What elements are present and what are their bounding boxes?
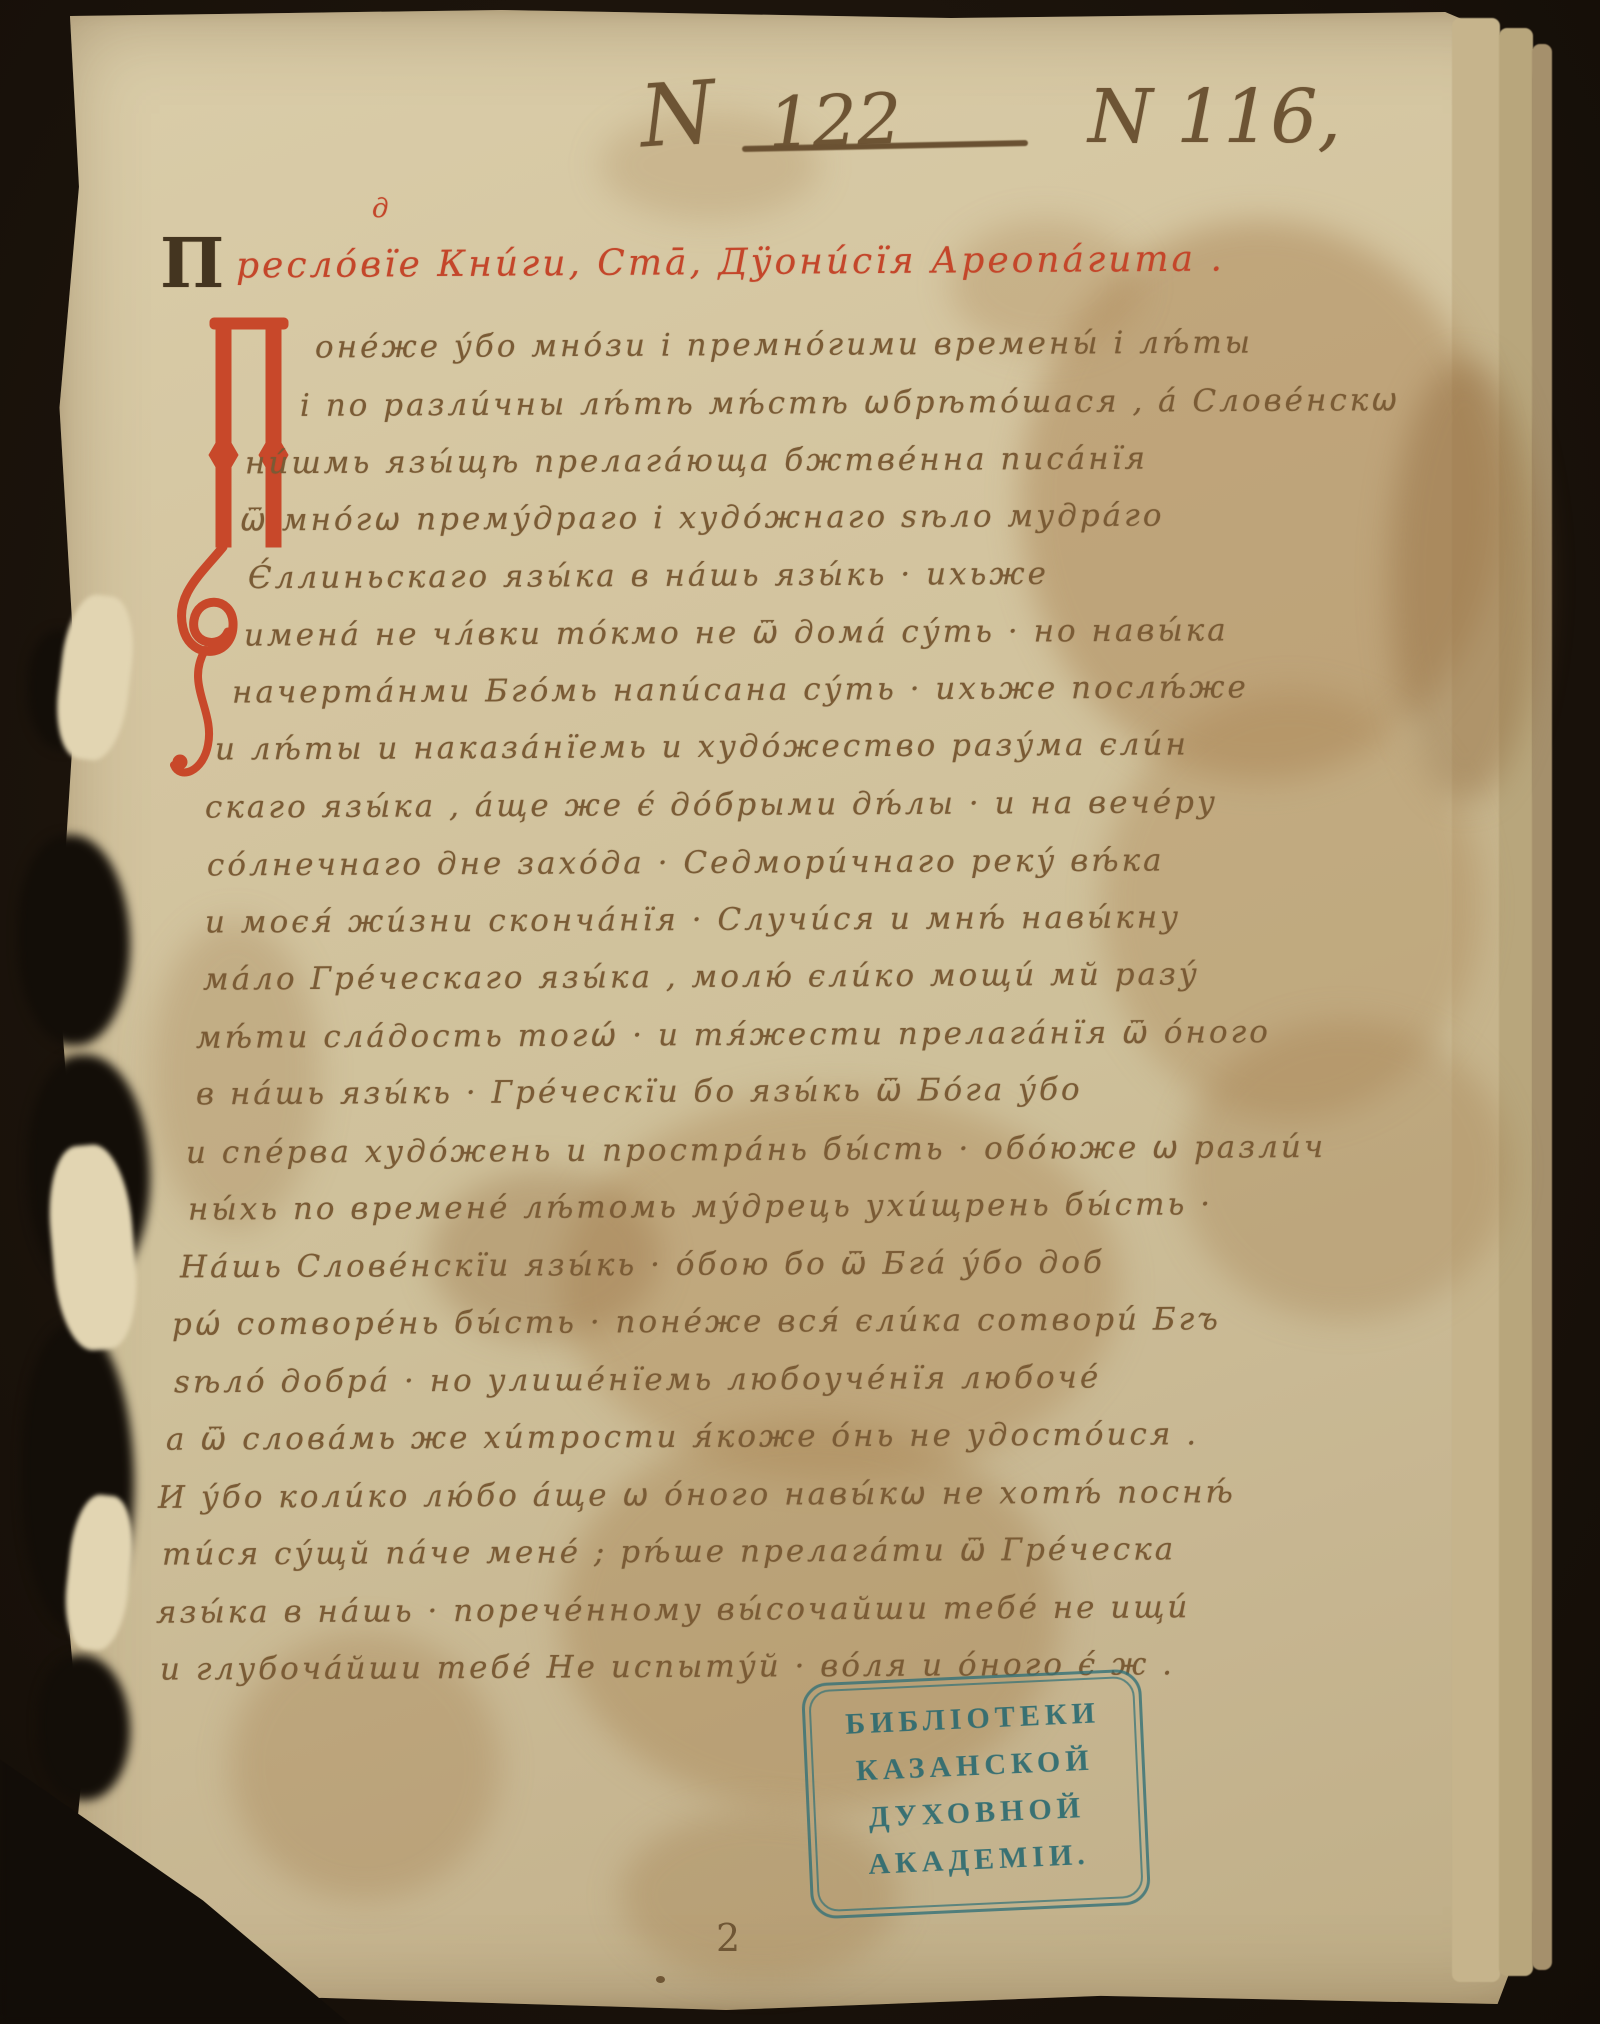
text-line: и спе́рва худо́жень и простра́нь бы́сть … xyxy=(186,1129,1326,1171)
spine-tear xyxy=(38,1655,130,1800)
heading-rubric: ресло́вїе Кни́ги, Ста̄, Дӱони́сїя Ареопа… xyxy=(236,239,1225,287)
text-line: На́шь Слове́нскїи язы́кь · о́бою бо ѿ Бг… xyxy=(180,1245,1105,1286)
text-line: ма́ло Гре́ческаго язы́ка , молю́ єли́ко … xyxy=(203,956,1200,997)
text-line: со́лнечнаго дне захо́да · Седмори́чнаго … xyxy=(207,842,1165,883)
text-line: ѿ мно́гѡ прему́драго і худо́жнаго ѕѣло м… xyxy=(240,498,1165,539)
text-line: начерта́нми Бго́мь напи́сана су́ть · ихь… xyxy=(232,669,1249,710)
heading-superscript: д xyxy=(372,194,388,224)
folio-number: 2 xyxy=(716,1916,740,1960)
text-line: в на́шь язы́кь · Гре́ческїи бо язы́кь ѿ … xyxy=(196,1072,1083,1113)
text-line: язы́ка в на́шь · порече́нному вы́сочайши… xyxy=(156,1589,1190,1630)
ink-speck xyxy=(656,1976,665,1983)
text-line: И у́бо коли́ко лю́бо а́ще ѡ о́ного навы́… xyxy=(158,1474,1236,1516)
page-edge xyxy=(1532,44,1552,1970)
text-line: ни́шмь язы́щѣ прелага́юща бжтве́нна писа… xyxy=(245,441,1148,482)
library-stamp: БИБЛІОТЕКИ КАЗАНСКОЙ ДУХОВНОЙ АКАДЕМІИ. xyxy=(801,1668,1151,1919)
text-line: ны́хь по времене́ лѣ́томь му́дрець ухи́щ… xyxy=(188,1186,1213,1227)
shelf-number-old-letter: N xyxy=(637,69,718,160)
text-line: имена́ не чл́вки то́кмо не ѿ дома́ су́ть… xyxy=(244,612,1229,653)
scanned-manuscript: N 122 N 116, П д ресло́вїе Кни́ги, Ста̄,… xyxy=(0,0,1600,2024)
text-line: а ѿ слова́мь же хи́трости я́коже о́нь не… xyxy=(166,1416,1199,1457)
text-line: Є́ллиньскаго язы́ка в на́шь язы́кь · ихь… xyxy=(248,556,1049,596)
text-line: оне́же у́бо мно́зи і премно́гими времены… xyxy=(315,325,1253,366)
text-line: і по разли́чны лѣ́тѣ мѣ́стѣ ѡбрѣто́шася … xyxy=(300,382,1400,424)
text-line: и моєя́ жи́зни сконча́нїя · Случи́ся и м… xyxy=(205,899,1181,940)
stain xyxy=(1180,1020,1510,1320)
heading-dark-initial: П xyxy=(160,224,224,304)
text-line: и лѣ́ты и наказа́нїемь и худо́жество раз… xyxy=(215,726,1189,767)
stain xyxy=(1390,360,1540,800)
page-edge xyxy=(1499,28,1533,1976)
text-line: ѕѣло́ добра́ · но улише́нїемь любоуче́нї… xyxy=(174,1360,1101,1401)
text-line: рѡ́ сотворе́нь бы́сть · поне́же вся́ єли… xyxy=(172,1301,1221,1342)
shelf-number-new: N 116, xyxy=(1088,80,1341,154)
text-line: скаго язы́ка , а́ще же є́ до́брыми дѣ́лы… xyxy=(205,784,1218,825)
text-line: мѣ́ти сла́дость тогѡ́ · и тя́жести прела… xyxy=(196,1014,1271,1056)
text-line: ти́ся су́щй па́че мене́ ; рѣ́ше прелага́… xyxy=(162,1531,1176,1572)
